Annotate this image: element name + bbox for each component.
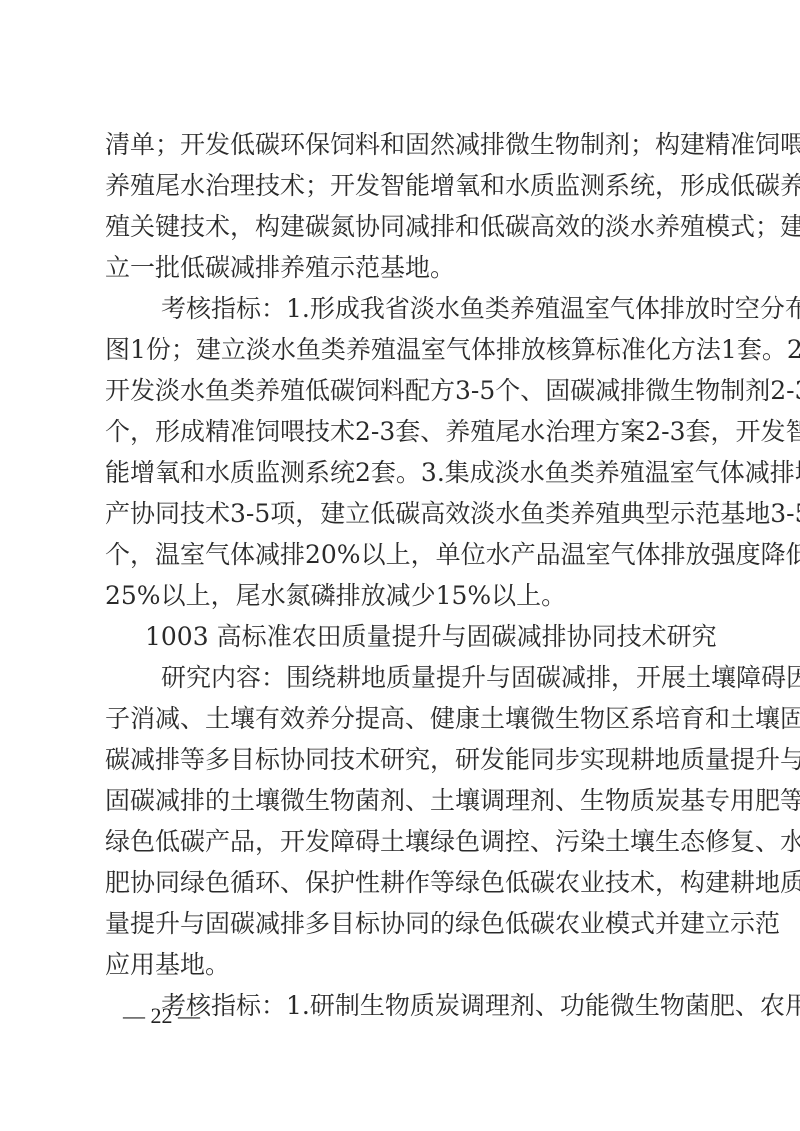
text-line: 碳减排等多目标协同技术研究，研发能同步实现耕地质量提升与	[105, 739, 697, 780]
section-heading: 1003 高标准农田质量提升与固碳减排协同技术研究	[105, 616, 697, 657]
text-line: 养殖尾水治理技术；开发智能增氧和水质监测系统，形成低碳养	[105, 165, 697, 206]
text-line: 应用基地。	[105, 944, 697, 985]
text-line: 研究内容：围绕耕地质量提升与固碳减排，开展土壤障碍因	[105, 657, 697, 698]
paragraph-assessment-indicators-1: 考核指标：1.形成我省淡水鱼类养殖温室气体排放时空分布 图1份；建立淡水鱼类养殖…	[105, 288, 697, 616]
text-line: 图1份；建立淡水鱼类养殖温室气体排放核算标准化方法1套。2.	[105, 329, 697, 370]
text-line: 殖关键技术，构建碳氮协同减排和低碳高效的淡水养殖模式；建	[105, 206, 697, 247]
text-line: 个，温室气体减排20%以上，单位水产品温室气体排放强度降低	[105, 534, 697, 575]
paragraph-research-content: 研究内容：围绕耕地质量提升与固碳减排，开展土壤障碍因 子消减、土壤有效养分提高、…	[105, 657, 697, 985]
text-line: 考核指标：1.形成我省淡水鱼类养殖温室气体排放时空分布	[105, 288, 697, 329]
document-page: 清单；开发低碳环保饲料和固然减排微生物制剂；构建精准饲喂、 养殖尾水治理技术；开…	[105, 124, 697, 1026]
text-line: 能增氧和水质监测系统2套。3.集成淡水鱼类养殖温室气体减排增	[105, 452, 697, 493]
text-line: 肥协同绿色循环、保护性耕作等绿色低碳农业技术，构建耕地质	[105, 862, 697, 903]
text-line: 25%以上，尾水氮磷排放减少15%以上。	[105, 575, 697, 616]
page-number: — 22 —	[123, 1003, 200, 1029]
paragraph-aquaculture-tasks: 清单；开发低碳环保饲料和固然减排微生物制剂；构建精准饲喂、 养殖尾水治理技术；开…	[105, 124, 697, 288]
text-line: 立一批低碳减排养殖示范基地。	[105, 247, 697, 288]
text-line: 产协同技术3-5项，建立低碳高效淡水鱼类养殖典型示范基地3-5	[105, 493, 697, 534]
text-line: 个，形成精准饲喂技术2-3套、养殖尾水治理方案2-3套，开发智	[105, 411, 697, 452]
text-line: 绿色低碳产品，开发障碍土壤绿色调控、污染土壤生态修复、水	[105, 821, 697, 862]
text-line: 开发淡水鱼类养殖低碳饲料配方3-5个、固碳减排微生物制剂2-3	[105, 370, 697, 411]
text-line: 固碳减排的土壤微生物菌剂、土壤调理剂、生物质炭基专用肥等	[105, 780, 697, 821]
text-line: 量提升与固碳减排多目标协同的绿色低碳农业模式并建立示范	[105, 903, 697, 944]
text-line: 子消减、土壤有效养分提高、健康土壤微生物区系培育和土壤固	[105, 698, 697, 739]
text-line: 清单；开发低碳环保饲料和固然减排微生物制剂；构建精准饲喂、	[105, 124, 697, 165]
